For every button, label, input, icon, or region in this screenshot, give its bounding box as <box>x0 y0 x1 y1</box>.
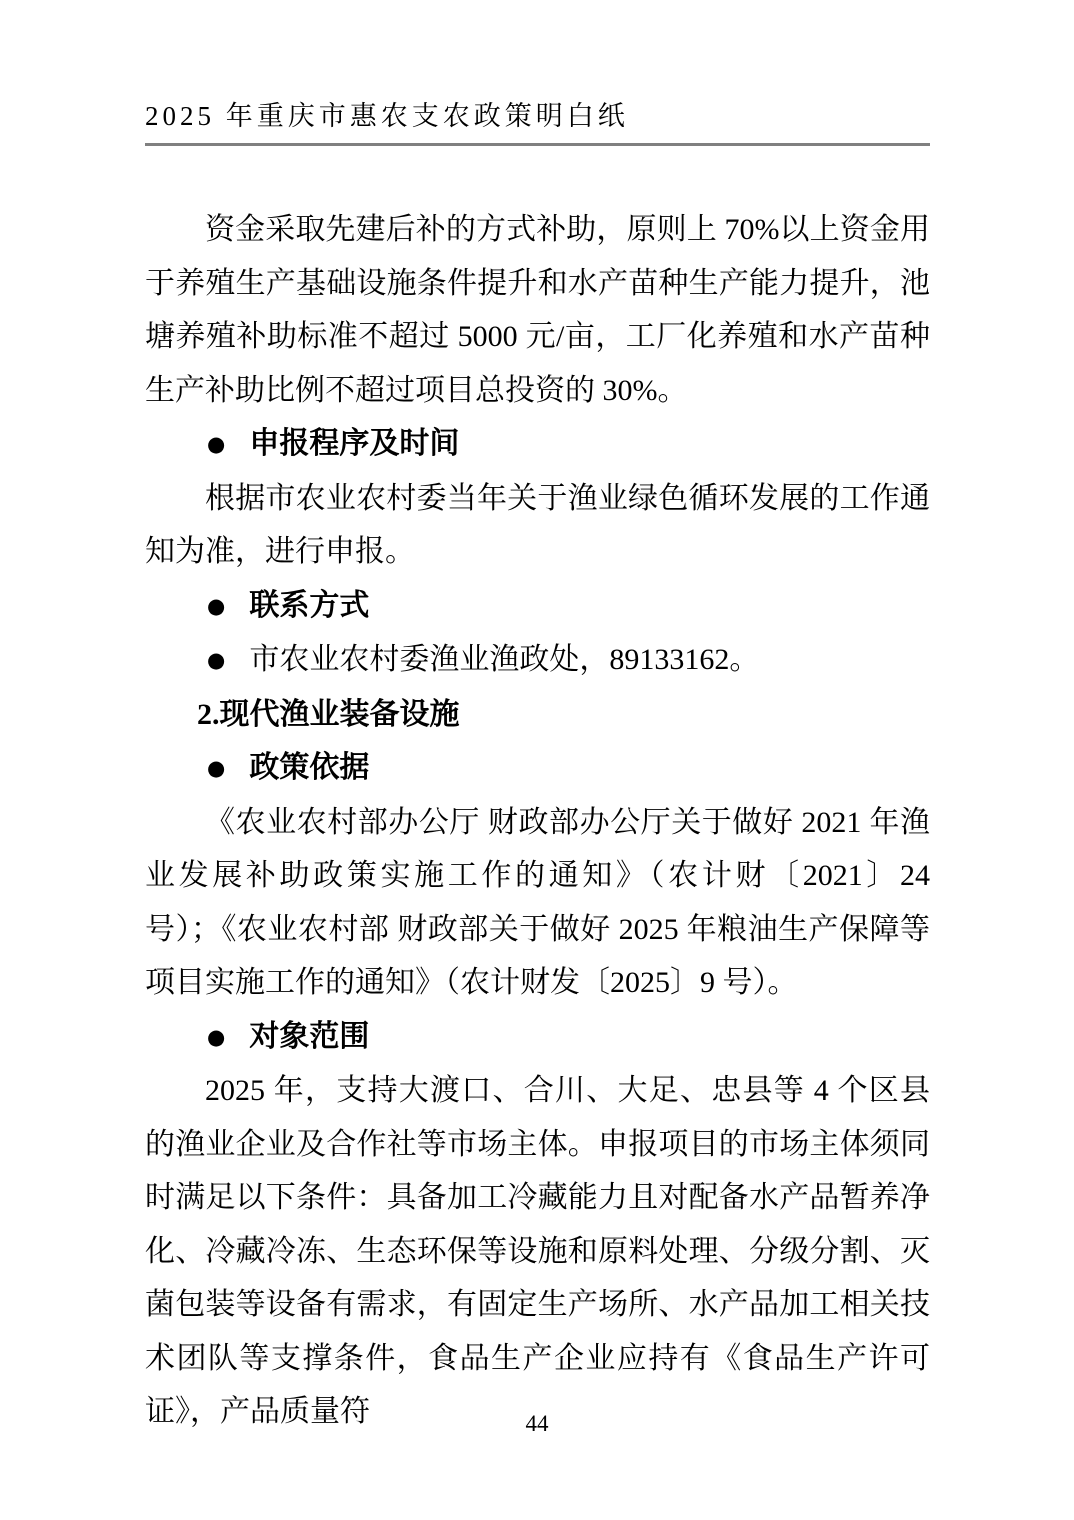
section-heading-modern-fishery-equipment: 2.现代渔业装备设施 <box>145 688 930 742</box>
heading-contact-info: ●联系方式 <box>145 579 930 634</box>
paragraph-target-scope: 2025 年，支持大渡口、合川、大足、忠县等 4 个区县的渔业企业及合作社等市场… <box>145 1064 930 1439</box>
heading-text: 联系方式 <box>249 589 369 622</box>
bullet-icon: ● <box>207 634 225 688</box>
bullet-icon: ● <box>207 742 225 796</box>
contact-text: 市农业农村委渔业渔政处，89133162。 <box>249 643 759 676</box>
page-number: 44 <box>0 1410 1074 1438</box>
heading-application-procedure: ●申报程序及时间 <box>145 417 930 472</box>
heading-policy-basis: ●政策依据 <box>145 741 930 796</box>
document-header: 2025 年重庆市惠农支农政策明白纸 <box>0 0 1074 146</box>
header-title: 2025 年重庆市惠农支农政策明白纸 <box>145 100 930 133</box>
heading-text: 对象范围 <box>249 1020 369 1053</box>
document-page: 2025 年重庆市惠农支农政策明白纸 资金采取先建后补的方式补助，原则上 70%… <box>0 0 1074 1520</box>
heading-target-scope: ●对象范围 <box>145 1010 930 1065</box>
bullet-icon: ● <box>207 418 225 472</box>
document-body: 资金采取先建后补的方式补助，原则上 70%以上资金用于养殖生产基础设施条件提升和… <box>0 146 1074 1439</box>
bullet-icon: ● <box>207 1011 225 1065</box>
heading-text: 申报程序及时间 <box>249 427 459 460</box>
bullet-icon: ● <box>207 580 225 634</box>
bullet-contact-detail: ●市农业农村委渔业渔政处，89133162。 <box>145 633 930 688</box>
paragraph-funding-standards: 资金采取先建后补的方式补助，原则上 70%以上资金用于养殖生产基础设施条件提升和… <box>145 203 930 417</box>
paragraph-policy-documents: 《农业农村部办公厅 财政部办公厅关于做好 2021 年渔业发展补助政策实施工作的… <box>145 796 930 1010</box>
heading-text: 政策依据 <box>249 751 369 784</box>
paragraph-application-notice: 根据市农业农村委当年关于渔业绿色循环发展的工作通知为准，进行申报。 <box>145 472 930 579</box>
